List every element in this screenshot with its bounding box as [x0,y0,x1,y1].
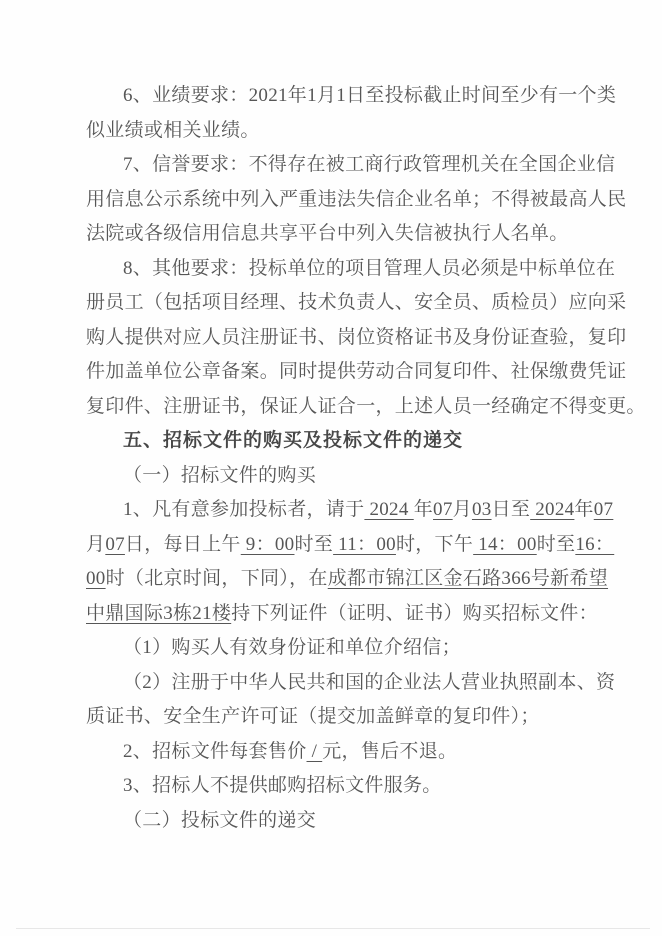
text-line: 册员工（包括项目经理、技术负责人、安全员、质检员）应向采 [86,286,624,321]
underlined-text: 07 [105,534,125,555]
underlined-text: 2024 [530,499,574,520]
underlined-text: 中鼎国际3栋21楼 [86,603,231,624]
text-line: 法院或各级信用信息共享平台中列入失信被执行人名单。 [86,217,624,252]
text-line: 2、招标文件每套售价 / 元，售后不退。 [86,735,624,770]
text-line: 8、其他要求：投标单位的项目管理人员必须是中标单位在 [86,252,624,287]
text-segment: 6、业绩要求：2021年1月1日至投标截止时间至少有一个类 [123,85,616,106]
text-segment: 1、凡有意参加投标者，请于 [123,499,364,520]
underlined-text: 9：00 [241,534,295,555]
underlined-text: 14：00 [473,534,537,555]
text-line: 中鼎国际3栋21楼持下列证件（证明、证书）购买招标文件： [86,597,624,632]
text-segment: 年 [574,499,593,520]
text-segment: （一）招标文件的购买 [123,465,316,486]
text-segment: （1）购买人有效身份证和单位介绍信； [123,637,461,658]
text-line: 1、凡有意参加投标者，请于 2024 年07月03日至 2024年07 [86,493,624,528]
text-segment: 似业绩或相关业绩。 [86,120,260,141]
underlined-text: 11：00 [333,534,396,555]
text-line: 购人提供对应人员注册证书、岗位资格证书及身份证查验，复印 [86,321,624,356]
text-line: 6、业绩要求：2021年1月1日至投标截止时间至少有一个类 [86,79,624,114]
text-line: 复印件、注册证书，保证人证合一，上述人员一经确定不得变更。 [86,390,624,425]
underlined-text: 成都市锦江区金石路366号新希望 [328,568,608,589]
text-segment: 月 [86,534,105,555]
text-segment: （二）投标文件的递交 [123,810,316,831]
text-segment: 7、信誉要求：不得存在被工商行政管理机关在全国企业信 [123,154,615,175]
text-line: （2）注册于中华人民共和国的企业法人营业执照副本、资 [86,666,624,701]
text-segment: 五、招标文件的购买及投标文件的递交 [123,430,463,451]
underlined-text: 07 [433,499,453,520]
text-line: 00时（北京时间，下同），在成都市锦江区金石路366号新希望 [86,562,624,597]
text-segment: 复印件、注册证书，保证人证合一，上述人员一经确定不得变更。 [86,396,646,417]
text-line: 似业绩或相关业绩。 [86,114,624,149]
underlined-text: 07 [594,499,614,520]
text-line: 件加盖单位公章备案。同时提供劳动合同复印件、社保缴费凭证 [86,355,624,390]
text-segment: 时至 [537,534,576,555]
underlined-text: 03 [472,499,492,520]
text-segment: 日至 [492,499,531,520]
text-segment: 时，下午 [396,534,473,555]
scan-artifact-line [16,928,650,929]
text-line: 3、招标人不提供邮购招标文件服务。 [86,769,624,804]
text-line: 质证书、安全生产许可证（提交加盖鲜章的复印件）； [86,700,624,735]
text-segment: 持下列证件（证明、证书）购买招标文件： [231,603,598,624]
text-segment: 质证书、安全生产许可证（提交加盖鲜章的复印件）； [86,706,540,727]
text-line: 月07日，每日上午 9：00时至 11：00时，下午 14：00时至16： [86,528,624,563]
section-heading-line: 五、招标文件的购买及投标文件的递交 [86,424,624,459]
text-segment: 8、其他要求：投标单位的项目管理人员必须是中标单位在 [123,258,615,279]
text-line: （一）招标文件的购买 [86,459,624,494]
text-line: （1）购买人有效身份证和单位介绍信； [86,631,624,666]
text-segment: 时（北京时间，下同），在 [106,568,328,589]
text-segment: （2）注册于中华人民共和国的企业法人营业执照副本、资 [123,672,615,693]
text-segment: 月 [453,499,472,520]
text-segment: 用信息公示系统中列入严重违法失信企业名单；不得被最高人民 [86,189,626,210]
document-body: 6、业绩要求：2021年1月1日至投标截止时间至少有一个类似业绩或相关业绩。7、… [86,79,624,838]
text-line: （二）投标文件的递交 [86,804,624,839]
underlined-text: / [307,741,323,762]
text-segment: 元，售后不退。 [322,741,457,762]
text-line: 用信息公示系统中列入严重违法失信企业名单；不得被最高人民 [86,183,624,218]
text-line: 7、信誉要求：不得存在被工商行政管理机关在全国企业信 [86,148,624,183]
text-segment: 日，每日上午 [125,534,241,555]
text-segment: 时至 [294,534,333,555]
text-segment: 2、招标文件每套售价 [123,741,307,762]
text-segment: 件加盖单位公章备案。同时提供劳动合同复印件、社保缴费凭证 [86,361,626,382]
text-segment: 册员工（包括项目经理、技术负责人、安全员、质检员）应向采 [86,292,626,313]
underlined-text: 2024 [364,499,413,520]
underlined-text: 16： [575,534,614,555]
document-page: 6、业绩要求：2021年1月1日至投标截止时间至少有一个类似业绩或相关业绩。7、… [0,0,662,936]
text-segment: 3、招标人不提供邮购招标文件服务。 [123,775,442,796]
text-segment: 年 [414,499,433,520]
text-segment: 法院或各级信用信息共享平台中列入失信被执行人名单。 [86,223,569,244]
text-segment: 购人提供对应人员注册证书、岗位资格证书及身份证查验，复印 [86,327,626,348]
underlined-text: 00 [86,568,106,589]
